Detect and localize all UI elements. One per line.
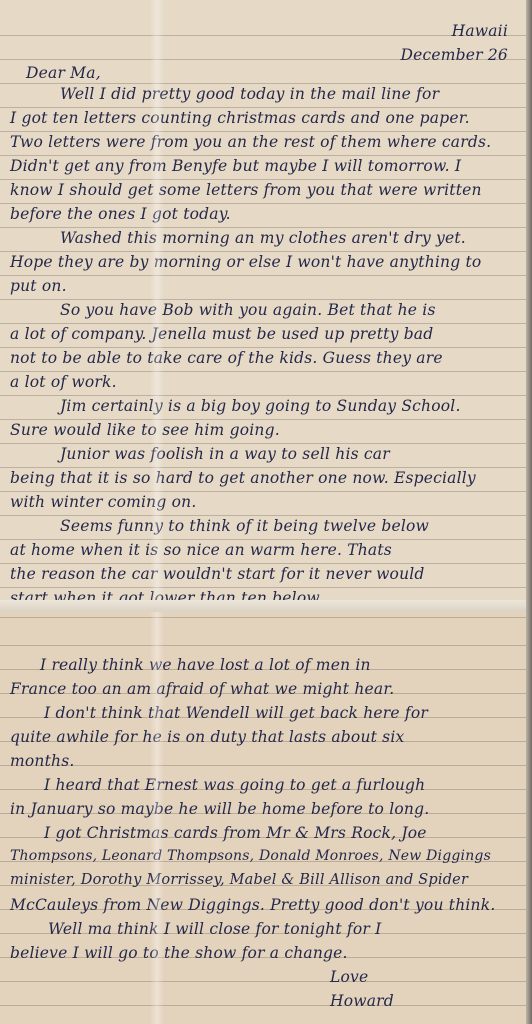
letter-line: Jim certainly is a big boy going to Sund…	[60, 397, 516, 415]
letter-page-2: I really think we have lost a lot of men…	[0, 612, 526, 1024]
letter-line: Seems funny to think of it being twelve …	[60, 517, 516, 535]
letter-line: Well I did pretty good today in the mail…	[60, 85, 516, 103]
background-edge	[526, 0, 532, 1024]
letter-line: being that it is so hard to get another …	[10, 469, 516, 487]
letter-line: Didn't get any from Benyfe but maybe I w…	[10, 157, 516, 175]
letter-line: minister, Dorothy Morrissey, Mabel & Bil…	[10, 872, 516, 888]
letter-line: I got ten letters counting christmas car…	[10, 109, 516, 127]
letter-line: with winter coming on.	[10, 493, 516, 511]
letter-salutation: Dear Ma,	[26, 64, 516, 82]
letter-line: know I should get some letters from you …	[10, 181, 516, 199]
letter-line: the reason the car wouldn't start for it…	[10, 565, 516, 583]
letter-line: a lot of work.	[10, 373, 516, 391]
letter-line: a lot of company. Jenella must be used u…	[10, 325, 516, 343]
letter-line: in January so maybe he will be home befo…	[10, 800, 516, 818]
letter-line: I got Christmas cards from Mr & Mrs Rock…	[44, 824, 516, 842]
letter-line: I really think we have lost a lot of men…	[40, 656, 516, 674]
letter-line: quite awhile for he is on duty that last…	[10, 728, 516, 746]
letter-line: Junior was foolish in a way to sell his …	[60, 445, 516, 463]
letter-line: Sure would like to see him going.	[10, 421, 516, 439]
letter-page-1: Hawaii December 26 Dear Ma, Well I did p…	[0, 0, 526, 612]
letter-line: believe I will go to the show for a chan…	[10, 944, 516, 962]
letter-line: Washed this morning an my clothes aren't…	[60, 229, 516, 247]
letter-line: France too an am afraid of what we might…	[10, 680, 516, 698]
letter-signature: Howard	[330, 992, 516, 1010]
letter-line: Two letters were from you an the rest of…	[10, 133, 516, 151]
letter-line: McCauleys from New Diggings. Pretty good…	[10, 896, 516, 914]
letter-line: I heard that Ernest was going to get a f…	[44, 776, 516, 794]
letter-line: So you have Bob with you again. Bet that…	[60, 301, 516, 319]
letter-line: at home when it is so nice an warm here.…	[10, 541, 516, 559]
letter-line: not to be able to take care of the kids.…	[10, 349, 516, 367]
letter-line: I don't think that Wendell will get back…	[44, 704, 516, 722]
letter-line: Hope they are by morning or else I won't…	[10, 253, 516, 271]
letter-closing: Love	[330, 968, 516, 986]
letter-line: Thompsons, Leonard Thompsons, Donald Mon…	[10, 848, 516, 864]
letter-line: before the ones I got today.	[10, 205, 516, 223]
letter-line: put on.	[10, 277, 516, 295]
letter-line: Well ma think I will close for tonight f…	[48, 920, 516, 938]
letter-line: months.	[10, 752, 516, 770]
letter-date: December 26	[400, 46, 508, 64]
letter-place: Hawaii	[452, 22, 508, 40]
